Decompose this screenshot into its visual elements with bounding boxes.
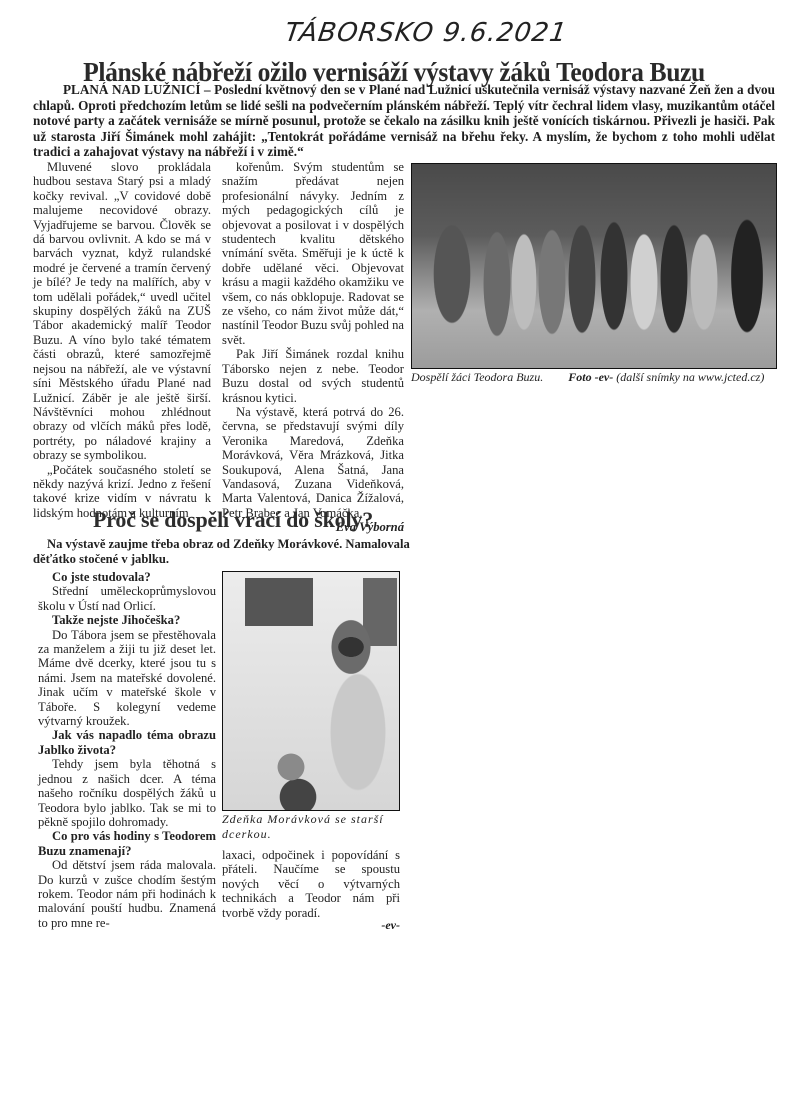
interview-question: Jak vás napadlo téma obrazu Jablko život…: [38, 728, 216, 757]
article-column-2: kořenům. Svým studentům se snažím předáv…: [222, 160, 404, 535]
article-lead: PLANÁ NAD LUŽNICÍ – Poslední květnový de…: [33, 82, 775, 160]
interview-question: Takže nejste Jihočeška?: [38, 613, 216, 627]
group-photo: [411, 163, 777, 369]
sub-headline: Proč se dospělí vrací do školy?: [33, 507, 433, 533]
interview-column: Co jste studovala? Střední uměleckoprůmy…: [38, 570, 216, 930]
interview-question: Co jste studovala?: [38, 570, 216, 584]
paragraph: kořenům. Svým studentům se snažím předáv…: [222, 160, 404, 347]
interview-answer: Tehdy jsem byla těhotná s jednou z našic…: [38, 757, 216, 829]
portrait-caption: Zdeňka Morávková se starší dcerkou.: [222, 812, 404, 841]
caption-text: Dospělí žáci Teodora Buzu.: [411, 370, 543, 384]
interview-question: Co pro vás hodiny s Teodorem Buzu znamen…: [38, 829, 216, 858]
paragraph: Pak Jiří Šimánek rozdal knihu Táborsko n…: [222, 347, 404, 405]
article-column-1: Mluvené slovo prokládala hudbou sestava …: [33, 160, 211, 520]
interview-answer: Do Tábora jsem se přestěhovala za manžel…: [38, 628, 216, 729]
photo-credit: Foto -ev-: [568, 370, 613, 384]
interview-answer: Střední uměleckoprůmyslovou školu v Ústí…: [38, 584, 216, 613]
interview-answer: Od dětství jsem ráda malovala. Do kurzů …: [38, 858, 216, 930]
photo-caption: Dospělí žáci Teodora Buzu. Foto -ev- (da…: [411, 370, 779, 385]
paragraph: Na výstavě, která potrvá do 26. června, …: [222, 405, 404, 520]
interview-continuation: laxaci, odpočinek i popovídání s přáteli…: [222, 848, 400, 920]
sub-article-lead: Na výstavě zaujme třeba obraz od Zdeňky …: [33, 537, 413, 566]
paragraph: Mluvené slovo prokládala hudbou sestava …: [33, 160, 211, 463]
photo-credit-more: (další snímky na www.jcted.cz): [616, 370, 764, 384]
portrait-photo: [222, 571, 400, 811]
signoff: -ev-: [340, 918, 400, 933]
handwritten-source-date: TÁBORSKO 9.6.2021: [283, 18, 569, 48]
paragraph: laxaci, odpočinek i popovídání s přáteli…: [222, 848, 400, 920]
